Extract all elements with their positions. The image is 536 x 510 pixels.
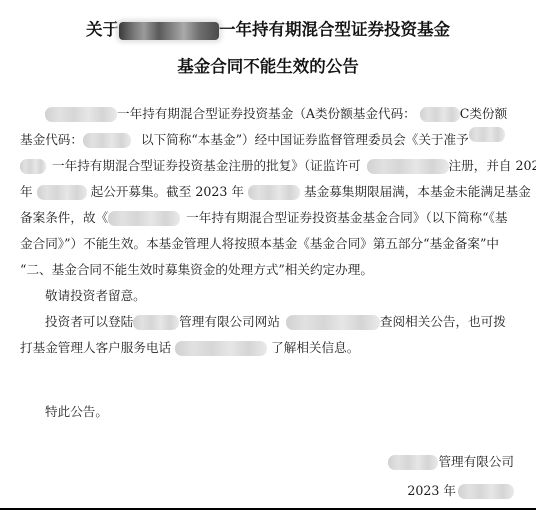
redacted-fund-name [108, 211, 180, 226]
redacted-website-link[interactable] [286, 315, 380, 330]
para1-line4: 年起公开募集。截至 2023 年 基金募集期限届满，本基金未能满足基金 [20, 179, 505, 205]
redacted-fund-name [119, 22, 219, 40]
redacted-phone-number [175, 341, 267, 356]
para3-line2: 打基金管理人客户服务电话了解相关信息。 [20, 335, 505, 361]
para1-line3: 一年持有期混合型证券投资基金注册的批复》（证监许可 注册，并自 2023 [20, 153, 505, 179]
redacted-date [458, 484, 514, 499]
title-suffix: 一年持有期混合型证券投资基金 [219, 20, 450, 39]
announcement-title-line1: 关于一年持有期混合型证券投资基金 [0, 16, 536, 40]
redacted-company-name [133, 315, 179, 330]
redacted-fund-name [20, 159, 46, 174]
redacted-fund-name [45, 107, 117, 122]
announcement-body: 一年持有期混合型证券投资基金（A类份额基金代码： C类份额 基金代码：以下简称“… [45, 101, 505, 425]
para3-line1: 投资者可以登陆管理有限公司网站 查阅相关公告，也可拨 [45, 309, 505, 335]
para1-line2: 基金代码：以下简称“本基金”）经中国证券监督管理委员会《关于准予 [20, 127, 505, 153]
title-prefix: 关于 [86, 20, 119, 39]
redacted-permit-number [367, 159, 449, 174]
signature-company: 管理有限公司 [388, 451, 514, 470]
redacted-c-class-code [83, 133, 131, 148]
redacted-company-name [388, 455, 438, 470]
para1-line6: 金合同》”）不能生效。本基金管理人将按照本基金《基金合同》第五部分“基金备案”中 [20, 231, 505, 257]
para1-line7: “二、基金合同不能生效时募集资金的处理方式”相关约定办理。 [20, 257, 505, 283]
signature-date: 2023 年 [407, 480, 514, 499]
redacted-end-date [248, 185, 300, 200]
redacted-a-class-code [420, 107, 460, 122]
announcement-title-line2: 基金合同不能生效的公告 [0, 53, 536, 77]
para1-line1: 一年持有期混合型证券投资基金（A类份额基金代码： C类份额 [45, 101, 505, 127]
para1-line5: 备案条件，故《 一年持有期混合型证券投资基金基金合同》（以下简称“《基 [20, 205, 505, 231]
redacted-start-date [37, 185, 87, 200]
para4-closing: 特此公告。 [45, 399, 505, 425]
redacted-fund-name [469, 127, 505, 142]
para2-reminder: 敬请投资者留意。 [45, 283, 505, 309]
